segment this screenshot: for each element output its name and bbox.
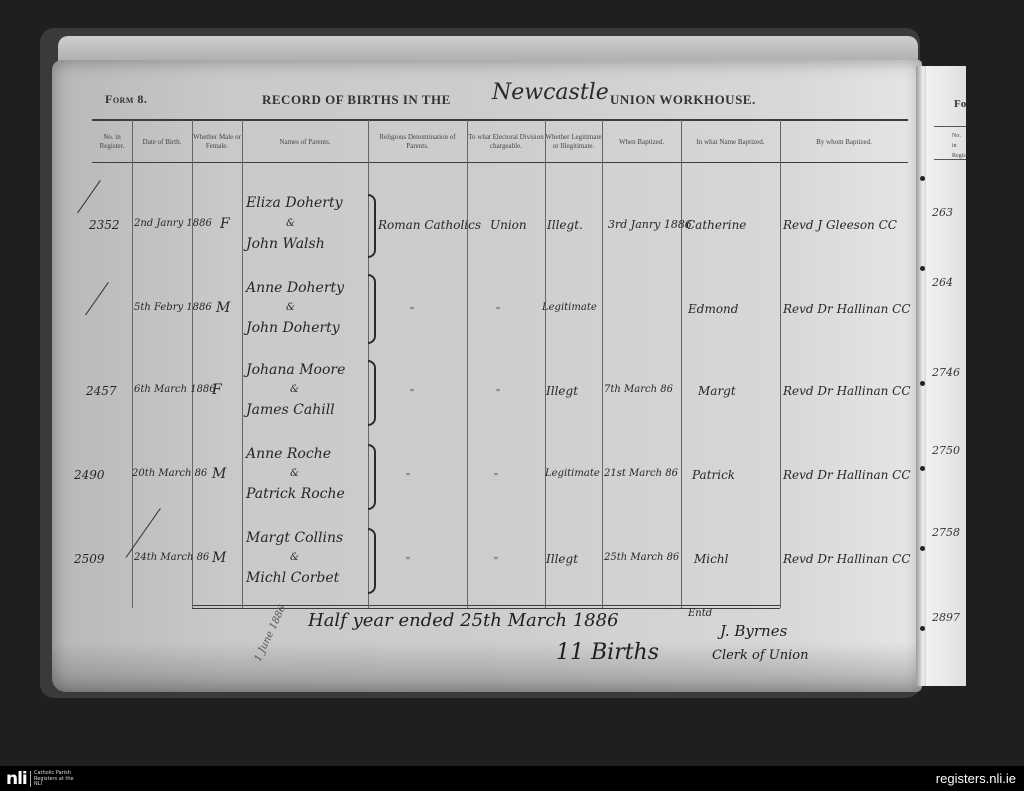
column-divider [242,120,243,608]
ditto-mark: " [494,472,498,483]
column-divider [602,120,603,608]
legitimacy: Illegt [546,552,578,566]
baptized-by: Revd J Gleeson CC [783,218,897,232]
entered-mark: Entd [688,608,712,619]
baptism-date: 3rd Janry 1886 [608,218,692,231]
date-of-birth: 2nd Janry 1886 [134,218,212,229]
date-of-birth: 5th Febry 1886 [134,302,212,313]
baptized-by: Revd Dr Hallinan CC [783,302,911,316]
column-header-legitimacy: Whether Legitimate or Illegitimate. [545,122,602,162]
parent-mother: Eliza Doherty [246,195,343,211]
ditto-mark: " [410,306,414,317]
binding-hole [920,381,925,386]
image-viewer: Fo No. in Regis 263 264 2746 2750 2758 2… [0,0,1024,766]
register-number: 2509 [74,552,105,566]
column-divider [467,120,468,608]
column-header-register-no: No. in Register. [92,122,132,162]
religion: Roman Catholics [378,218,481,232]
register-number: 2490 [74,468,105,482]
parent-father: John Doherty [246,320,340,336]
column-header-baptized-by: By whom Baptized. [780,122,908,162]
legitimacy: Illegt. [547,218,583,232]
binding-hole [920,546,925,551]
column-divider [780,120,781,608]
title-prefix: RECORD OF BIRTHS IN THE [262,92,451,108]
parent-father: James Cahill [246,402,335,418]
ampersand: & [290,384,299,395]
ditto-mark: " [496,306,500,317]
clerk-title: Clerk of Union [712,648,808,663]
next-page-edge: Fo No. in Regis 263 264 2746 2750 2758 2… [926,66,966,686]
baptized-name: Edmond [688,302,738,316]
column-header-sex: Whether Male or Female. [192,122,242,162]
baptized-by: Revd Dr Hallinan CC [783,552,911,566]
ampersand: & [286,218,295,229]
register-number: 2352 [89,218,120,232]
next-page-header: No. in Regis [934,126,966,160]
baptized-name: Patrick [692,468,735,482]
half-year-summary: Half year ended 25th March 1886 [308,610,619,631]
ditto-mark: " [410,388,414,399]
next-page-number: 2750 [932,444,960,457]
baptized-by: Revd Dr Hallinan CC [783,384,911,398]
baptism-date: 25th March 86 [604,552,679,563]
ampersand: & [286,302,295,313]
baptized-name: Catherine [686,218,746,232]
column-divider [545,120,546,608]
binding-hole [920,176,925,181]
next-page-number: 2758 [932,526,960,539]
viewer-footer-bar: nli Catholic Parish Registers at the NLI… [0,766,1024,791]
ditto-mark: " [406,556,410,567]
sex: F [212,382,222,398]
baptized-by: Revd Dr Hallinan CC [783,468,911,482]
column-header-date-of-birth: Date of Birth. [132,122,192,162]
register-number: 2457 [86,384,117,398]
sex: M [212,466,226,482]
form-number: Form 8. [105,92,147,107]
column-header-division: To what Electoral Division chargeable. [467,122,545,162]
sex: F [220,216,230,232]
ditto-mark: " [494,556,498,567]
baptism-date: 7th March 86 [604,384,673,395]
next-page-form-label: Fo [954,98,966,110]
next-page-number: 2746 [932,366,960,379]
sex: M [216,300,230,316]
baptized-name: Margt [698,384,736,398]
parent-father: Patrick Roche [246,486,345,502]
site-link[interactable]: registers.nli.ie [936,771,1016,786]
ditto-mark: " [496,388,500,399]
electoral-division: Union [490,218,527,232]
binding-hole [920,626,925,631]
legitimacy: Illegt [546,384,578,398]
nli-logo[interactable]: nli [6,770,27,788]
next-page-number: 264 [932,276,953,289]
baptized-name: Michl [694,552,728,566]
legitimacy: Legitimate [542,302,597,313]
title-suffix: UNION WORKHOUSE. [610,92,756,108]
baptism-date: 21st March 86 [604,468,678,479]
header-top-rule [92,119,908,121]
brace [368,444,376,510]
header-bottom-rule [92,162,908,163]
ditto-mark: " [406,472,410,483]
logo-divider [30,771,31,787]
brace [368,528,376,594]
brace [368,194,376,258]
brace [368,360,376,426]
workhouse-name: Newcastle [492,80,609,105]
column-divider [132,120,133,608]
column-header-parents: Names of Parents. [242,122,368,162]
brace [368,274,376,344]
column-divider [192,120,193,608]
column-header-baptized-name: In what Name Baptized. [681,122,780,162]
parent-father: John Walsh [246,236,325,252]
column-divider [681,120,682,608]
binding-hole [920,466,925,471]
ampersand: & [290,468,299,479]
parent-mother: Anne Doherty [246,280,344,296]
parent-mother: Margt Collins [246,530,343,546]
logo-caption: Catholic Parish Registers at the NLI [34,771,74,788]
legitimacy: Legitimate [545,468,600,479]
parent-mother: Anne Roche [246,446,331,462]
column-header-religion: Religious Denomination of Parents. [368,122,467,162]
date-of-birth: 20th March 86 [132,468,207,479]
column-header-when-baptized: When Baptized. [602,122,681,162]
parent-mother: Johana Moore [246,362,345,378]
date-of-birth: 24th March 86 [134,552,209,563]
next-page-number: 263 [932,206,953,219]
parent-father: Michl Corbet [246,570,339,586]
binding-hole [920,266,925,271]
ampersand: & [290,552,299,563]
next-page-number: 2897 [932,611,960,624]
date-of-birth: 6th March 1886 [134,384,216,395]
births-count: 11 Births [556,640,659,665]
clerk-signature: J. Byrnes [720,622,787,640]
sex: M [212,550,226,566]
